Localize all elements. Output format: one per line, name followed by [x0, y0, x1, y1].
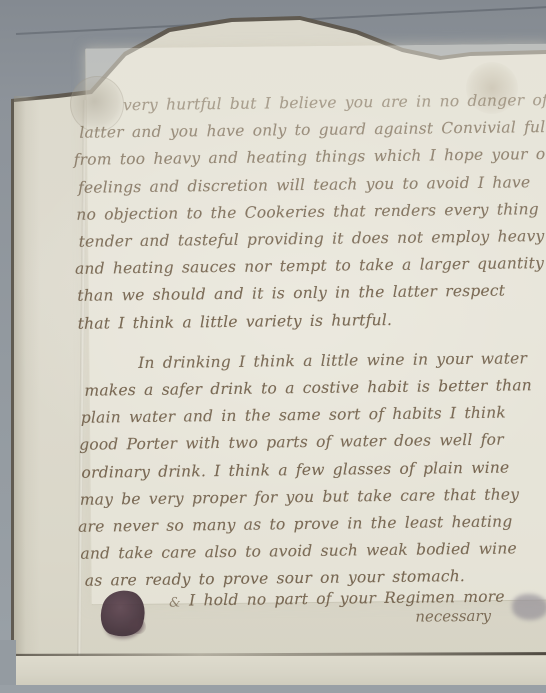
- manuscript-line: feelings and discretion will teach you t…: [78, 173, 530, 197]
- manuscript-line: than we should and it is only in the lat…: [77, 282, 505, 305]
- manuscript-line: tender and tasteful providing it does no…: [79, 227, 545, 251]
- manuscript-photo: & necessary very hurtful but I believe y…: [0, 0, 546, 693]
- wax-seal-remnant-tail: [128, 618, 146, 634]
- catchword: necessary: [415, 607, 491, 626]
- manuscript-line: I hold no part of your Regimen more: [189, 587, 505, 609]
- smudge-mark: [512, 594, 546, 620]
- manuscript-line: good Porter with two parts of water does…: [79, 431, 504, 454]
- manuscript-line: makes a safer drink to a costive habit i…: [84, 376, 532, 399]
- manuscript-line: may be very proper for you but take care…: [80, 485, 520, 508]
- manuscript-line: plain water and in the same sort of habi…: [81, 404, 506, 427]
- manuscript-line: are never so many as to prove in the lea…: [78, 512, 512, 535]
- backdrop-bottom-strip: [0, 685, 546, 693]
- manuscript-line: from too heavy and heating things which …: [74, 145, 546, 169]
- bottom-fold-band: [14, 656, 546, 686]
- manuscript-line: as are ready to prove sour on your stoma…: [85, 567, 465, 590]
- manuscript-line: that I think a little variety is hurtful…: [78, 311, 393, 333]
- manuscript-line: and heating sauces nor tempt to take a l…: [75, 254, 544, 278]
- letter-text: & necessary very hurtful but I believe y…: [0, 0, 546, 693]
- manuscript-line: ordinary drink. I think a few glasses of…: [81, 458, 509, 481]
- manuscript-line: and take care also to avoid such weak bo…: [80, 540, 517, 563]
- manuscript-line: latter and you have only to guard agains…: [79, 118, 546, 142]
- ink-flourish-mark: &: [169, 596, 181, 611]
- manuscript-line: no objection to the Cookeries that rende…: [76, 199, 546, 223]
- manuscript-line: very hurtful but I believe you are in no…: [123, 91, 546, 115]
- manuscript-line: In drinking I think a little wine in you…: [138, 349, 527, 372]
